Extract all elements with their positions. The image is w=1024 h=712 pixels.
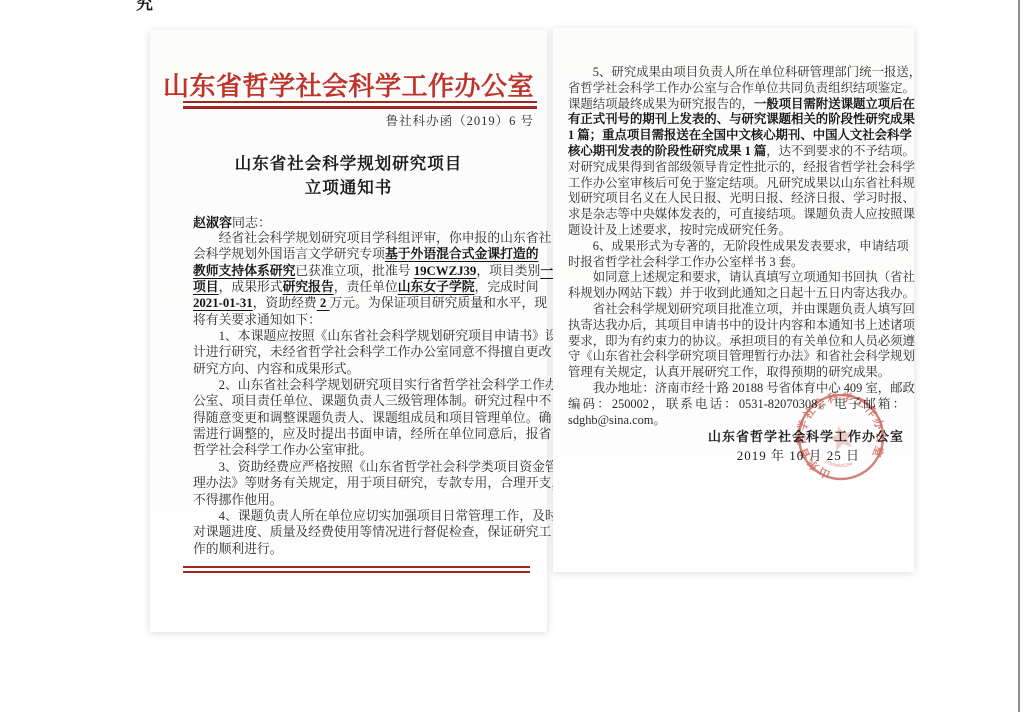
body-line: 将有关要求通知如下： — [193, 312, 538, 328]
text-segment: 时报省哲学社会科学工作办公室样书 3 套。 — [568, 255, 803, 269]
body-line: 作的顺利进行。 — [193, 541, 538, 557]
letterhead-double-rule — [183, 101, 537, 109]
text-segment: 省哲学社会科学工作办公室与合作单位共同负责组织结项鉴定。 — [568, 81, 915, 95]
body-line: 1、本课题应按照《山东省社会科学规划研究项目申请书》设 — [193, 328, 538, 344]
text-segment: 如同意上述规定和要求，请认真填写立项通知书回执（省社 — [568, 270, 915, 284]
body-line: 省社会科学规划研究项目批准立项，并由课题负责人填写回 — [568, 302, 905, 318]
body-line: 得随意变更和调整课题负责人、课题组成员和项目管理单位。确 — [193, 410, 538, 426]
text-segment: 赵淑容 — [193, 215, 232, 230]
org-letterhead-title: 山东省哲学社会科学工作办公室 — [150, 66, 547, 103]
body-line: 要求，即为有约束力的协议。承担项目的有关单位和人员必须遵 — [568, 334, 905, 350]
text-segment: 2 — [317, 296, 330, 310]
body-line: 题设计及上述要求，按时完成研究任务。 — [568, 223, 905, 239]
text-segment: ，资助经费 — [253, 296, 317, 310]
body-line: 研究方向、内容和成果形式。 — [193, 361, 538, 377]
doc-title-line1: 山东省社会科学规划研究项目 — [150, 152, 547, 176]
text-segment: 执寄达我办后，其项目申请书中的设计内容和本通知书上述诸项 — [568, 318, 915, 332]
text-segment: 2、山东省社会科学规划研究项目实行省哲学社会科学工作办 — [193, 378, 558, 392]
text-segment: 守《山东省社会科学研究项目管理暂行办法》和省社会科学规划 — [568, 349, 915, 363]
text-segment: 6、成果形式为专著的，无阶段性成果发表要求，申请结项 — [568, 239, 909, 253]
body-line: 会科学规划外国语言文学研究专项基于外语混合式金课打造的 — [193, 246, 538, 262]
text-segment: 研究方向、内容和成果形式。 — [193, 362, 359, 376]
text-segment: 山东女子学院 — [398, 280, 475, 294]
text-segment: 1 篇；重点项目需报送在全国中文核心期刊、中国人文社会科学 — [568, 128, 912, 142]
body-line: 6、成果形式为专著的，无阶段性成果发表要求，申请结项 — [568, 239, 905, 255]
body-line: 教师支持体系研究已获准立项，批准号 19CWZJ39，项目类别一般 — [193, 263, 538, 279]
body-line: 1 篇；重点项目需报送在全国中文核心期刊、中国人文社会科学 — [568, 128, 905, 144]
text-segment: 公室、项目责任单位、课题负责人三级管理体制。研究过程中不 — [193, 394, 551, 408]
page2-body-text: 5、研究成果由项目负责人所在单位科研管理部门统一报送，省哲学社会科学工作办公室与… — [568, 65, 905, 428]
body-line: 哲学社会科学工作办公室审批。 — [193, 442, 538, 458]
text-segment: 3、资助经费应严格按照《山东省哲学社会科学类项目资金管 — [193, 460, 558, 474]
body-line: 课题结项最终成果为研究报告的，一般项目需附送课题立项后在 — [568, 97, 905, 113]
doc-title: 山东省社会科学规划研究项目 立项通知书 — [150, 152, 547, 199]
text-segment: ，达不到要求的不予结项。 — [766, 144, 915, 158]
text-segment: 19CWZJ39 — [414, 264, 477, 278]
text-segment: 不得挪作他用。 — [193, 493, 283, 507]
body-line: 2021-01-31，资助经费 2 万元。为保证项目研究质量和水平，现 — [193, 295, 538, 311]
body-line: 核心期刊发表的阶段性研究成果 1 篇，达不到要求的不予结项。 — [568, 144, 905, 160]
doc-title-line2: 立项通知书 — [150, 176, 547, 200]
text-segment: 将有关要求通知如下： — [193, 313, 321, 327]
body-line: 需进行调整的，应及时提出书面申请，经所在单位同意后，报省 — [193, 426, 538, 442]
body-line: 4、课题负责人所在单位应切实加强项目日常管理工作，及时 — [193, 508, 538, 524]
seal-star-icon — [825, 422, 857, 452]
text-segment: ，完成时间 — [475, 280, 539, 294]
body-line: 经省社会科学规划研究项目学科组评审，你申报的山东省社 — [193, 230, 538, 246]
body-line: 理办法》等财务有关规定，用于项目研究，专款专用，合理开支， — [193, 475, 538, 491]
text-segment: ，责任单位 — [334, 280, 398, 294]
text-segment: 教师支持体系研究 — [193, 264, 295, 278]
text-segment: 基于外语混合式金课打造的 — [385, 247, 539, 261]
body-line: 对研究成果得到省部级领导肯定性批示的，经报省哲学社会科学 — [568, 160, 905, 176]
body-line: 工作办公室审核后可免于鉴定结项。凡研究成果以山东省社科规 — [568, 176, 905, 192]
body-line: 时报省哲学社会科学工作办公室样书 3 套。 — [568, 255, 905, 271]
scanned-notice-document: 究 山东省哲学社会科学工作办公室 鲁社科办函（2019）6 号 山东省社会科学规… — [0, 0, 1024, 712]
text-segment: 1、本课题应按照《山东省社会科学规划研究项目申请书》设 — [193, 329, 558, 343]
text-segment: 项目 — [193, 280, 219, 294]
body-line: 对课题进度、质量及经费使用等情况进行督促检查，保证研究工 — [193, 524, 538, 540]
text-segment: ，项目类别 — [476, 264, 540, 278]
text-segment: 工作办公室审核后可免于鉴定结项。凡研究成果以山东省社科规 — [568, 176, 915, 190]
text-segment: 2021-01-31 — [193, 296, 253, 310]
body-line: 求是杂志等中央媒体发表的，可直接结项。课题负责人应按照课 — [568, 207, 905, 223]
text-segment: 5、研究成果由项目负责人所在单位科研管理部门统一报送， — [568, 65, 921, 79]
text-segment: 会科学规划外国语言文学研究专项 — [193, 247, 385, 261]
text-segment: 对课题进度、质量及经费使用等情况进行督促检查，保证研究工 — [193, 525, 551, 539]
body-line: 5、研究成果由项目负责人所在单位科研管理部门统一报送， — [568, 65, 905, 81]
body-line: 科规划办网站下载）并于收到此通知之日起十五日内寄达我办。 — [568, 286, 905, 302]
text-segment: 一般项目需附送课题立项后在 — [754, 97, 915, 111]
text-segment: 4、课题负责人所在单位应切实加强项目日常管理工作，及时 — [193, 509, 558, 523]
text-segment: 省社会科学规划研究项目批准立项，并由课题负责人填写回 — [568, 302, 915, 316]
text-segment: 有正式刊号的期刊上发表的、与研究课题相关的阶段性研究成果 — [568, 112, 915, 126]
body-line: 划研究项目名义在人民日报、光明日报、经济日报、学习时报、 — [568, 191, 905, 207]
footer-double-rule — [183, 566, 530, 573]
text-segment: 划研究项目名义在人民日报、光明日报、经济日报、学习时报、 — [568, 191, 915, 205]
official-seal: 山东省哲学社会科学工作办公室 3701000045294 — [781, 377, 901, 497]
text-segment: 经省社会科学规划研究项目学科组评审，你申报的山东省社 — [193, 231, 551, 245]
text-segment: 核心期刊发表的阶段性研究成果 1 篇 — [568, 144, 766, 158]
text-segment: 对研究成果得到省部级领导肯定性批示的，经报省哲学社会科学 — [568, 160, 915, 174]
salutation: 赵淑容同志： — [193, 212, 271, 231]
body-line: 计进行研究，未经省哲学社会科学工作办公室同意不得擅自更改 — [193, 344, 538, 360]
text-segment: 求是杂志等中央媒体发表的，可直接结项。课题负责人应按照课 — [568, 207, 915, 221]
text-segment: 得随意变更和调整课题负责人、课题组成员和项目管理单位。确 — [193, 411, 551, 425]
text-segment: 同志： — [232, 215, 271, 230]
body-line: 3、资助经费应严格按照《山东省哲学社会科学类项目资金管 — [193, 459, 538, 475]
body-line: 如同意上述规定和要求，请认真填写立项通知书回执（省社 — [568, 270, 905, 286]
body-line: 2、山东省社会科学规划研究项目实行省哲学社会科学工作办 — [193, 377, 538, 393]
text-segment: 万元。为保证项目研究质量和水平，现 — [330, 296, 548, 310]
text-segment: 科规划办网站下载）并于收到此通知之日起十五日内寄达我办。 — [568, 286, 915, 300]
window-edge — [1018, 0, 1020, 712]
body-line: 执寄达我办后，其项目申请书中的设计内容和本通知书上述诸项 — [568, 318, 905, 334]
text-segment: ，成果形式 — [219, 280, 283, 294]
text-segment: 课题结项最终成果为研究报告的， — [568, 97, 754, 111]
text-segment: 理办法》等财务有关规定，用于项目研究，专款专用，合理开支， — [193, 476, 564, 490]
body-line: 公室、项目责任单位、课题负责人三级管理体制。研究过程中不 — [193, 393, 538, 409]
doc-number: 鲁社科办函（2019）6 号 — [386, 111, 534, 129]
text-segment: 题设计及上述要求，按时完成研究任务。 — [568, 223, 791, 237]
text-segment: 需进行调整的，应及时提出书面申请，经所在单位同意后，报省 — [193, 427, 551, 441]
text-segment: 研究报告 — [283, 280, 334, 294]
notice-page-1: 山东省哲学社会科学工作办公室 鲁社科办函（2019）6 号 山东省社会科学规划研… — [150, 30, 547, 632]
body-line: 省哲学社会科学工作办公室与合作单位共同负责组织结项鉴定。 — [568, 81, 905, 97]
notice-page-2: 5、研究成果由项目负责人所在单位科研管理部门统一报送，省哲学社会科学工作办公室与… — [553, 28, 914, 572]
text-segment: 已获准立项，批准号 — [295, 264, 413, 278]
text-segment: 计进行研究，未经省哲学社会科学工作办公室同意不得擅自更改 — [193, 345, 551, 359]
clipped-text-fragment: 究 — [136, 0, 153, 14]
text-segment: sdghb@sina.com。 — [568, 413, 666, 427]
page1-body-text: 经省社会科学规划研究项目学科组评审，你申报的山东省社会科学规划外国语言文学研究专… — [193, 230, 538, 557]
text-segment: 作的顺利进行。 — [193, 542, 283, 556]
text-segment: 哲学社会科学工作办公室审批。 — [193, 443, 372, 457]
body-line: 不得挪作他用。 — [193, 492, 538, 508]
body-line: 守《山东省社会科学研究项目管理暂行办法》和省社会科学规划 — [568, 349, 905, 365]
body-line: 有正式刊号的期刊上发表的、与研究课题相关的阶段性研究成果 — [568, 112, 905, 128]
body-line: 项目，成果形式研究报告，责任单位山东女子学院，完成时间 — [193, 279, 538, 295]
text-segment: 要求，即为有约束力的协议。承担项目的有关单位和人员必须遵 — [568, 334, 915, 348]
